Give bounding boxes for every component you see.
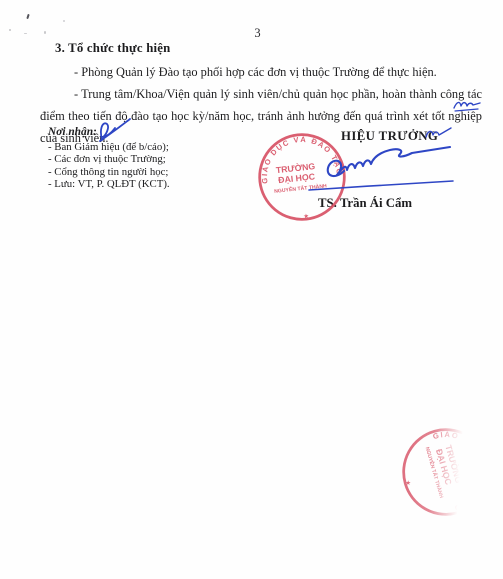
- stamp-line3: NGUYỄN TẤT THÀNH: [424, 446, 445, 499]
- recipient-item: - Các đơn vị thuộc Trường;: [48, 153, 218, 165]
- signer-name: TS. Trần Ái Cẩm: [318, 196, 412, 211]
- section-heading: 3. Tổ chức thực hiện: [55, 41, 170, 56]
- recipient-item: - Cổng thông tin người học;: [48, 166, 218, 178]
- recipients-heading: Nơi nhận:: [48, 126, 218, 138]
- scan-speck: [26, 14, 29, 19]
- stamp-outer-ring: [394, 420, 499, 525]
- paragraph-1: - Phòng Quản lý Đào tạo phối hợp các đơn…: [40, 61, 482, 83]
- svg-text:GIÁO DỤC VÀ ĐÀO TẠO: GIÁO DỤC VÀ ĐÀO TẠO: [432, 420, 498, 513]
- stamp-line1: TRƯỜNG: [275, 160, 316, 175]
- stamp-line3: NGUYỄN TẤT THÀNH: [274, 182, 328, 195]
- stamp-star: ★: [303, 213, 309, 221]
- stamp-line2: ĐẠI HỌC: [434, 448, 454, 487]
- recipients-block: Nơi nhận: - Ban Giám hiệu (để b/cáo); - …: [48, 126, 218, 190]
- stamp-line1: TRƯỜNG: [443, 443, 465, 484]
- stamp-star: ★: [403, 479, 411, 486]
- document-page: 3 3. Tổ chức thực hiện - Phòng Quản lý Đ…: [0, 0, 503, 579]
- stamp-arc-text: GIÁO DỤC VÀ ĐÀO TẠO: [432, 420, 498, 513]
- recipient-item: - Ban Giám hiệu (để b/cáo);: [48, 141, 218, 153]
- scan-speck: [63, 20, 65, 22]
- stamp-line2: ĐẠI HỌC: [278, 171, 316, 185]
- partial-round-stamp: GIÁO DỤC VÀ ĐÀO TẠO ★ TRƯỜNG ĐẠI HỌC NGU…: [389, 415, 503, 529]
- signer-title: HIỆU TRƯỞNG: [341, 129, 438, 144]
- recipient-item: - Lưu: VT, P. QLĐT (KCT).: [48, 178, 218, 190]
- page-number: 3: [0, 26, 503, 41]
- handwritten-signature: [300, 141, 462, 197]
